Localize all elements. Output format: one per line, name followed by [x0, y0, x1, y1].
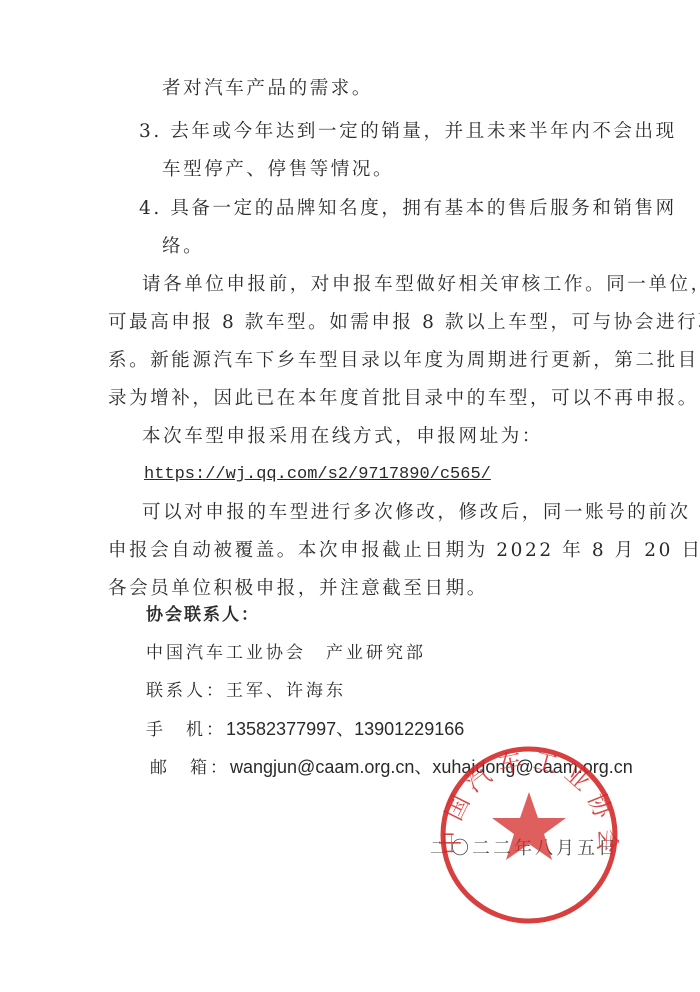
modify-paragraph-line-2: 申报会自动被覆盖。本次申报截止日期为 2022 年 8 月 20 日，请: [108, 539, 700, 563]
review-paragraph-line-4: 录为增补，因此已在本年度首批目录中的车型，可以不再申报。: [108, 387, 699, 411]
contact-persons-value: 王军、许海东: [226, 681, 346, 701]
official-seal-icon: 中国汽车工业协会: [434, 740, 624, 930]
review-paragraph-line-3: 系。新能源汽车下乡车型目录以年度为周期进行更新，第二批目: [108, 349, 699, 373]
list-item-3-line-1: 3. 去年或今年达到一定的销量，并且未来半年内不会出现: [139, 120, 677, 144]
contact-persons-row: 联系人：王军、许海东: [146, 679, 346, 703]
contact-persons-label: 联系人：: [146, 681, 226, 701]
list-item-4-line-1: 4. 具备一定的品牌知名度，拥有基本的售后服务和销售网: [139, 197, 677, 221]
review-paragraph-line-2: 可最高申报 8 款车型。如需申报 8 款以上车型，可与协会进行联: [108, 311, 700, 335]
paragraph-continuation: 者对汽车产品的需求。: [162, 77, 373, 101]
submission-url-link[interactable]: https://wj.qq.com/s2/9717890/c565/: [144, 463, 491, 487]
contact-heading: 协会联系人：: [146, 603, 260, 627]
list-item-4-line-2: 络。: [162, 235, 204, 259]
list-item-3-line-2: 车型停产、停售等情况。: [162, 158, 394, 182]
modify-paragraph-line-1: 可以对申报的车型进行多次修改，修改后，同一账号的前次: [142, 501, 691, 525]
review-paragraph-line-1: 请各单位申报前，对申报车型做好相关审核工作。同一单位，: [142, 273, 700, 297]
contact-organization: 中国汽车工业协会 产业研究部: [146, 641, 426, 665]
contact-phone-value: 13582377997、13901229166: [226, 719, 464, 739]
contact-phone-label: 手 机：: [146, 720, 226, 740]
modify-paragraph-line-3: 各会员单位积极申报，并注意截至日期。: [108, 577, 488, 601]
contact-email-label: 邮 箱：: [150, 758, 230, 778]
online-submission-line: 本次车型申报采用在线方式，申报网址为：: [142, 425, 543, 449]
contact-phone-row: 手 机：13582377997、13901229166: [146, 717, 464, 742]
